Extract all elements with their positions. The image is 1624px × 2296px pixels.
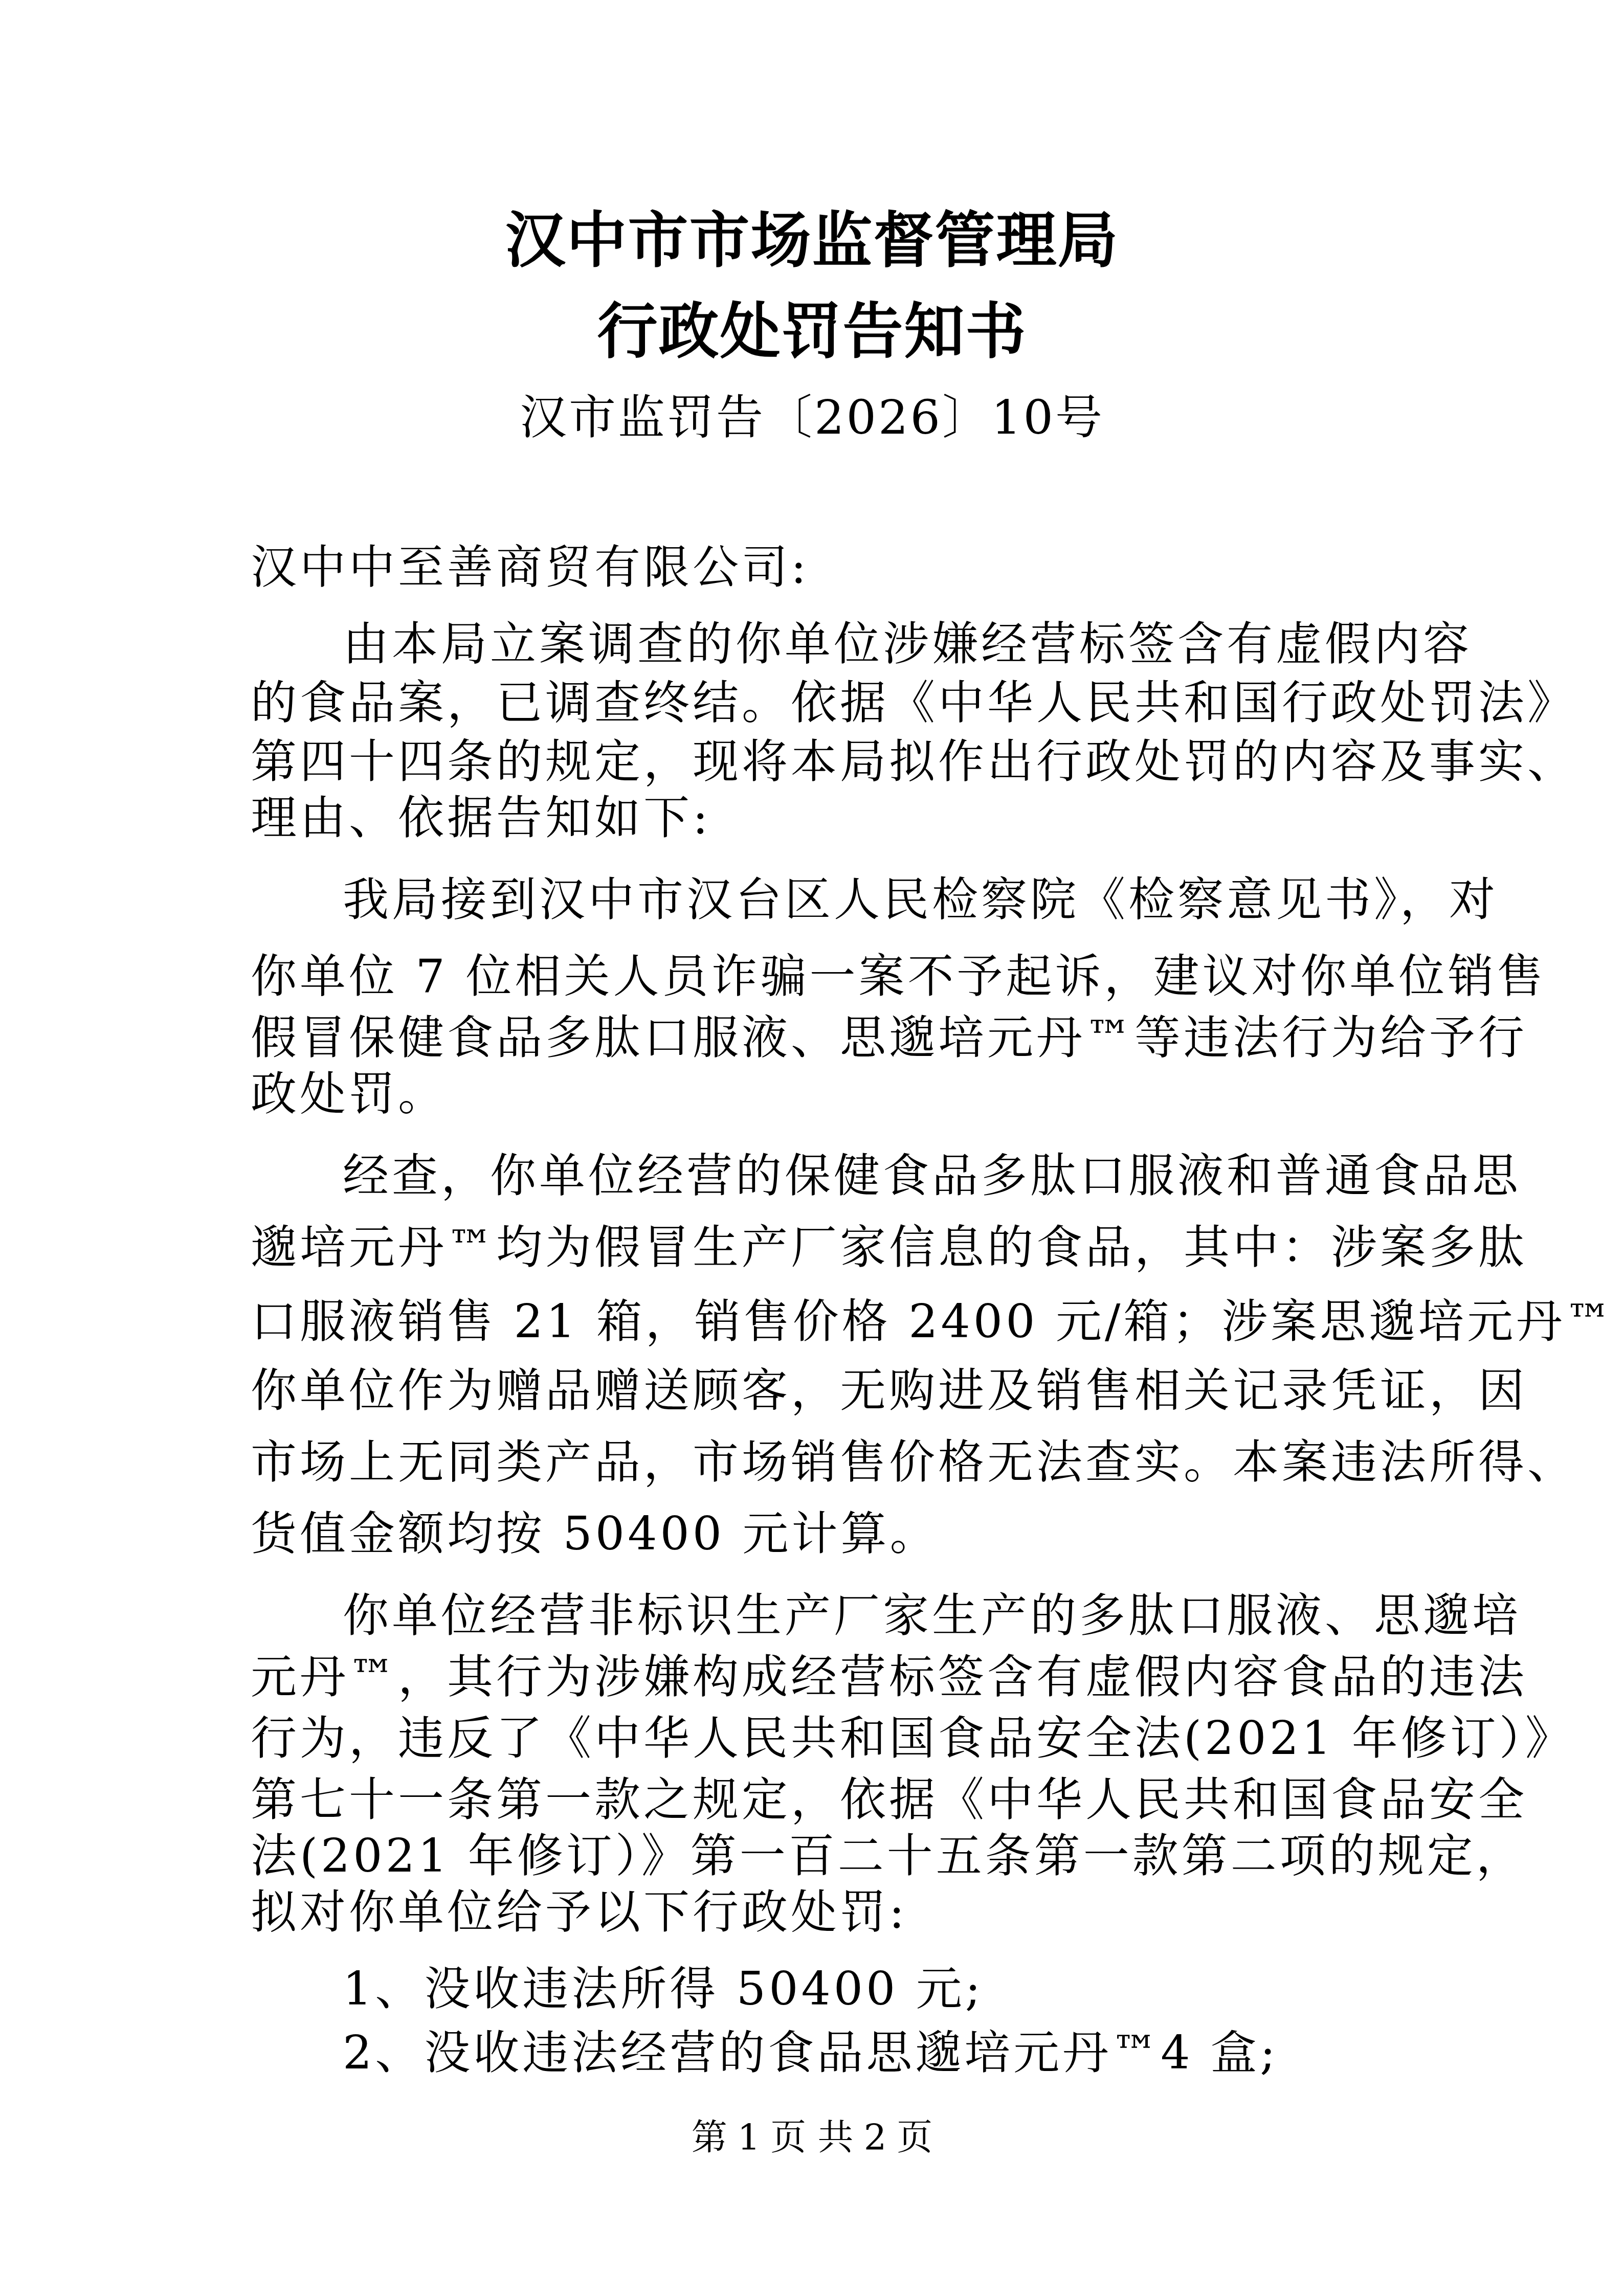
- body-line: 第四十四条的规定，现将本局拟作出行政处罚的内容及事实、: [251, 734, 1576, 790]
- body-line: 假冒保健食品多肽口服液、思邈培元丹™等违法行为给予行: [251, 1010, 1527, 1066]
- body-line: 口服液销售 21 箱，销售价格 2400 元/箱；涉案思邈培元丹™: [251, 1294, 1614, 1350]
- body-line: 邈培元丹™均为假冒生产厂家信息的食品，其中：涉案多肽: [251, 1220, 1527, 1276]
- body-line: 第七十一条第一款之规定，依据《中华人民共和国食品安全: [251, 1772, 1527, 1828]
- body-line: 法(2021 年修订）》第一百二十五条第一款第二项的规定，: [251, 1828, 1525, 1884]
- issuing-authority-title: 汉中市市场监督管理局: [0, 205, 1624, 276]
- body-line: 由本局立案调查的你单位涉嫌经营标签含有虚假内容: [343, 616, 1472, 672]
- footer-suffix: 页: [897, 2117, 932, 2158]
- document-number: 汉市监罚告〔2026〕10号: [0, 390, 1624, 446]
- page-footer: 第1页 共2页: [0, 2114, 1624, 2160]
- body-line: 市场上无同类产品，市场销售价格无法查实。本案违法所得、: [251, 1434, 1576, 1491]
- body-line: 你单位经营非标识生产厂家生产的多肽口服液、思邈培: [343, 1588, 1521, 1644]
- body-line: 你单位作为赠品赠送顾客，无购进及销售相关记录凭证，因: [251, 1363, 1527, 1419]
- body-line: 货值金额均按 50400 元计算。: [251, 1506, 939, 1562]
- body-line: 的食品案，已调查终结。依据《中华人民共和国行政处罚法》: [251, 675, 1576, 731]
- penalty-item-2: 2、没收违法经营的食品思邈培元丹™4 盒;: [343, 2025, 1278, 2081]
- penalty-item-1: 1、没收违法所得 50400 元;: [343, 1961, 984, 2017]
- current-page-number: 1: [738, 2117, 761, 2158]
- footer-mid: 页 共: [770, 2117, 853, 2158]
- body-line: 元丹™，其行为涉嫌构成经营标签含有虚假内容食品的违法: [251, 1649, 1527, 1705]
- body-line: 你单位 7 位相关人员诈骗一案不予起诉，建议对你单位销售: [251, 949, 1546, 1005]
- body-line: 我局接到汉中市汉台区人民检察院《检察意见书》，对: [343, 872, 1498, 928]
- document-type-title: 行政处罚告知书: [0, 296, 1624, 367]
- body-line: 行为，违反了《中华人民共和国食品安全法(2021 年修订）》: [251, 1710, 1574, 1767]
- body-line: 经查，你单位经营的保健食品多肽口服液和普通食品思: [343, 1148, 1521, 1204]
- footer-prefix: 第: [692, 2117, 727, 2158]
- body-line: 理由、依据告知如下:: [251, 790, 711, 846]
- document-page: 汉中市市场监督管理局 行政处罚告知书 汉市监罚告〔2026〕10号 汉中中至善商…: [0, 0, 1624, 2296]
- addressee: 汉中中至善商贸有限公司:: [251, 539, 809, 596]
- body-line: 拟对你单位给予以下行政处罚:: [251, 1884, 907, 1941]
- body-line: 政处罚。: [251, 1066, 447, 1122]
- total-pages-number: 2: [864, 2117, 887, 2158]
